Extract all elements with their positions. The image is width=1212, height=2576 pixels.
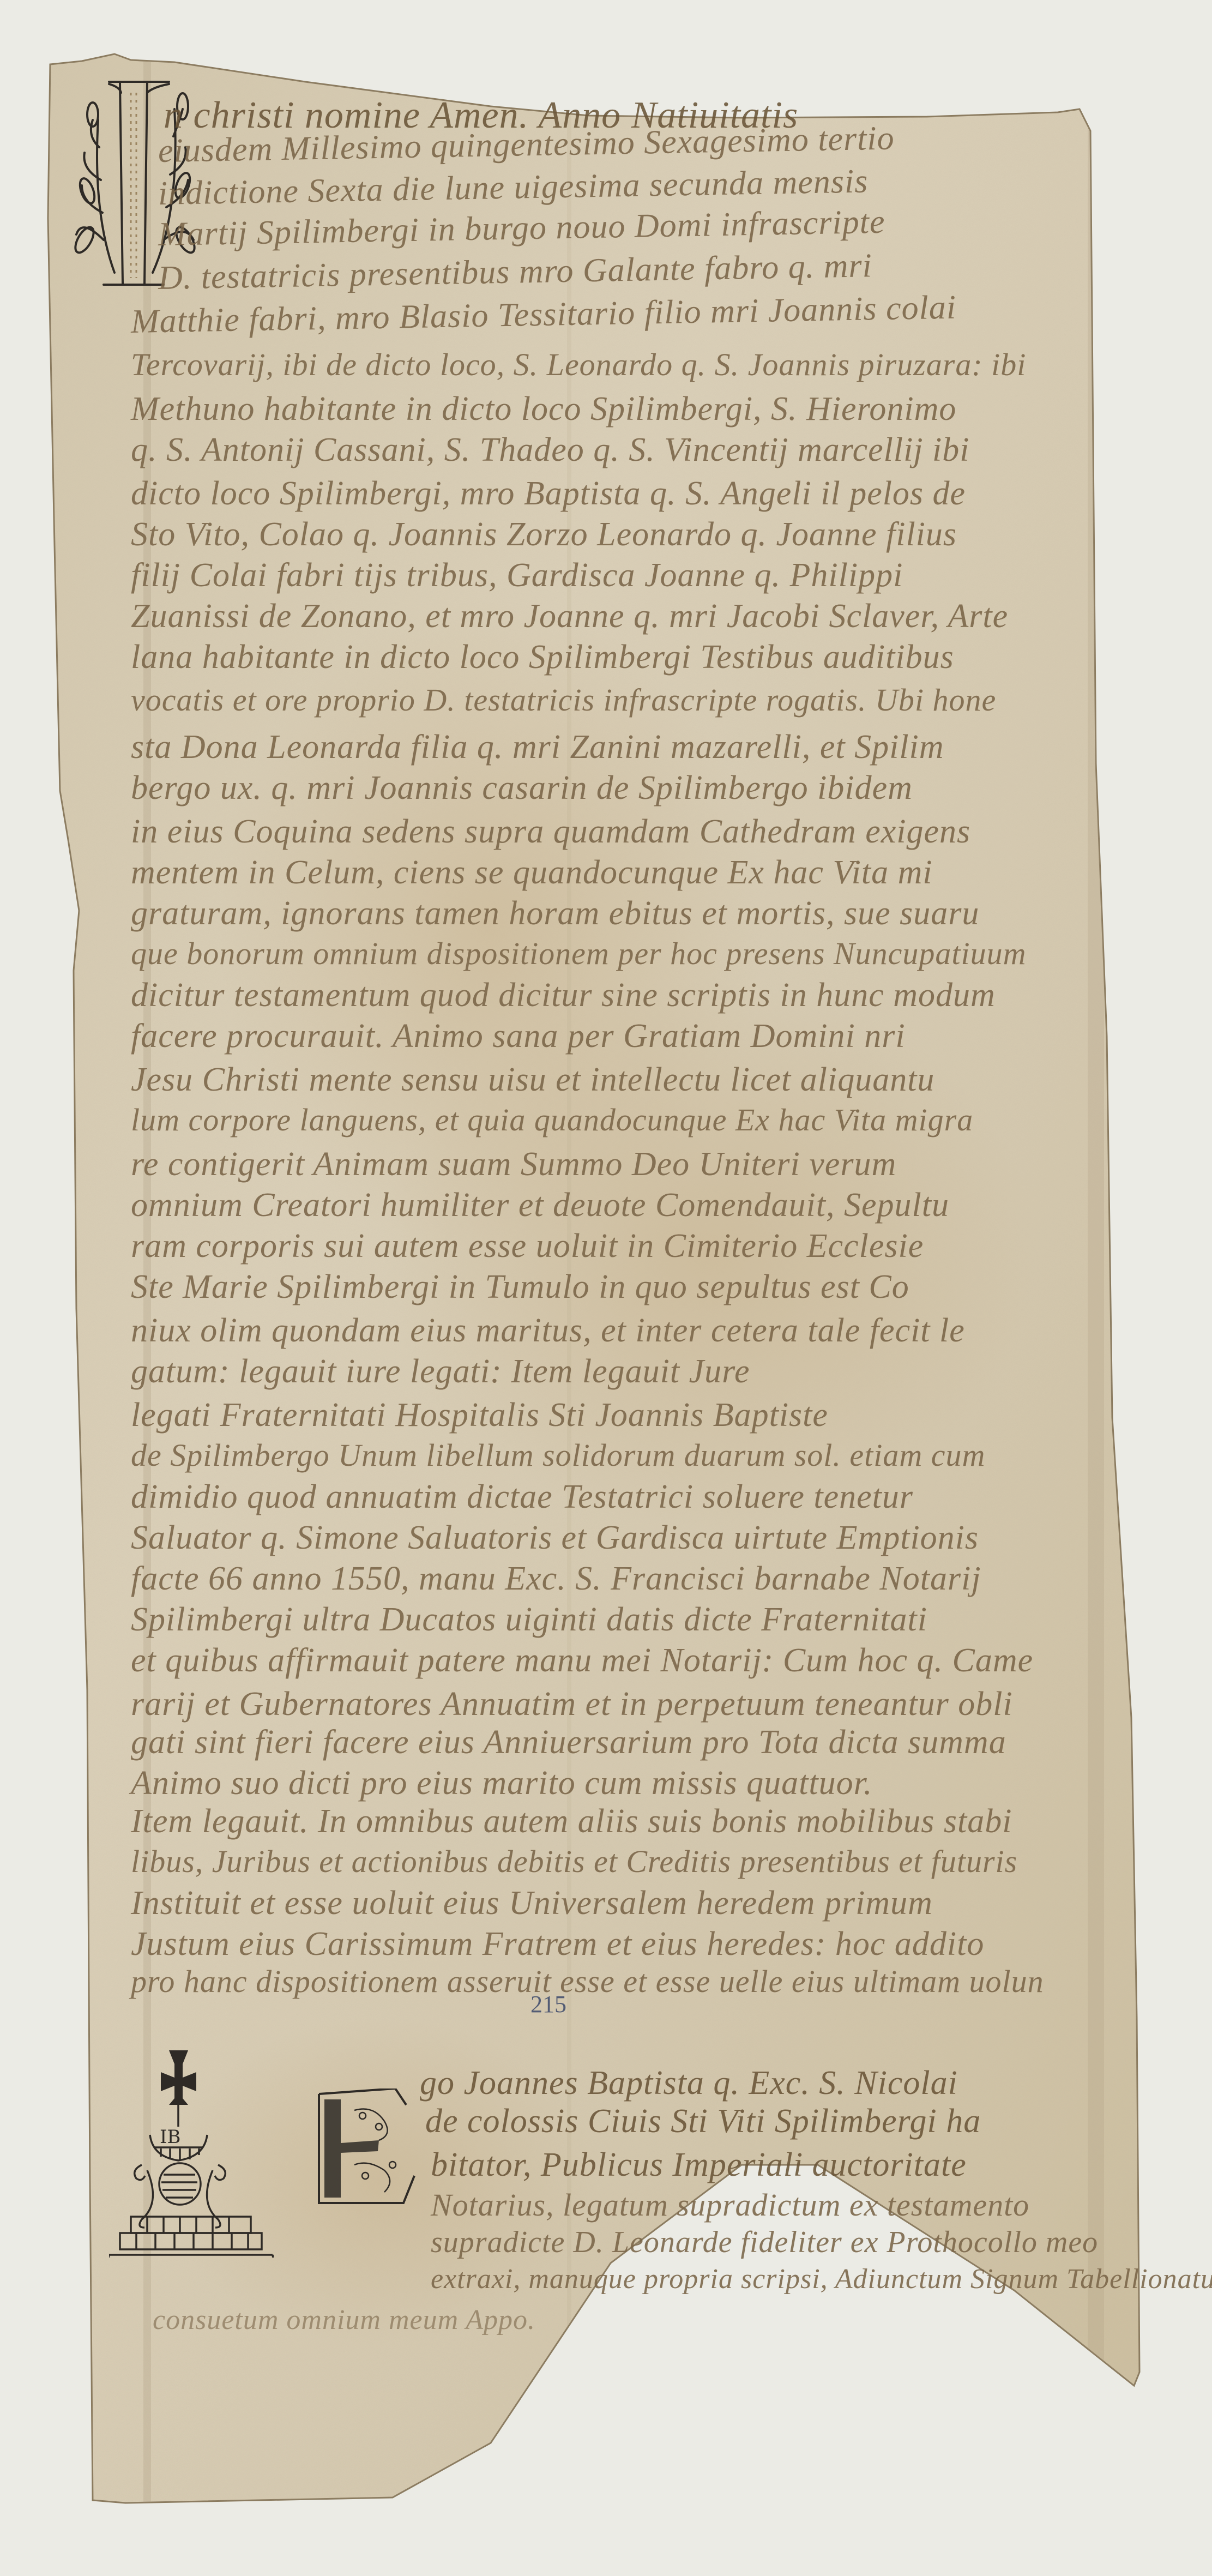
subscription-line: extraxi, manuque propria scripsi, Adiunc… [431,2263,1212,2295]
document-scan: n christi nomine Amen. Anno Natiuitatis … [0,0,1212,2576]
subscription-line: supradicte D. Leonarde fideliter ex Prot… [431,2225,1098,2260]
notarial-subscription: go Joannes Baptista q. Exc. S. Nicolai d… [0,0,1212,2576]
subscription-line: bitator, Publicus Imperiali auctoritate [431,2146,967,2184]
subscription-line: de colossis Ciuis Sti Viti Spilimbergi h… [425,2102,981,2141]
subscription-line: consuetum omnium meum Appo. [153,2304,535,2336]
subscription-line: go Joannes Baptista q. Exc. S. Nicolai [420,2064,958,2103]
subscription-line: Notarius, legatum supradictum ex testame… [431,2187,1029,2223]
